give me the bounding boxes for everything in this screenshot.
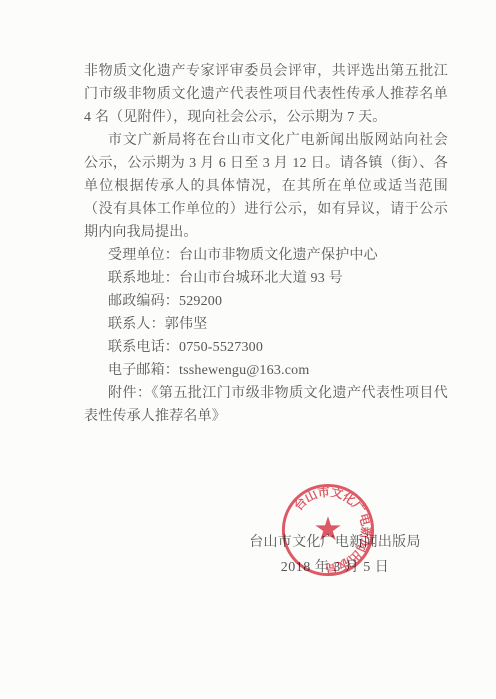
contact-line-contact-person: 联系人：郭伟坚 [84,313,448,336]
attachment-note: 附件：《第五批江门市级非物质文化遗产代表性项目代表性传承人推荐名单》 [84,382,448,428]
notice-body: 非物质文化遗产专家评审委员会评审，共评选出第五批江门市级非物质文化遗产代表性项目… [84,60,448,428]
contact-line-phone: 联系电话：0750-5527300 [84,336,448,359]
contact-line-accepting-unit: 受理单位：台山市非物质文化遗产保护中心 [84,244,448,267]
contact-line-email: 电子邮箱：tsshewengu@163.com [84,359,448,382]
contact-line-postal-code: 邮政编码：529200 [84,290,448,313]
scanned-notice-page: 非物质文化遗产专家评审委员会评审，共评选出第五批江门市级非物质文化遗产代表性项目… [0,0,496,699]
contact-block: 受理单位：台山市非物质文化遗产保护中心 联系地址：台山市台城环北大道 93 号 … [84,244,448,382]
paragraph-continuation: 非物质文化遗产专家评审委员会评审，共评选出第五批江门市级非物质文化遗产代表性项目… [84,60,448,129]
seal-star-icon [315,516,340,540]
contact-line-address: 联系地址：台山市台城环北大道 93 号 [84,267,448,290]
official-seal: 台山市文化广电新闻出版局 [279,481,377,579]
paragraph-publicity-period: 市文广新局将在台山市文化广电新闻出版网站向社会公示，公示期为 3 月 6 日至 … [84,129,448,244]
